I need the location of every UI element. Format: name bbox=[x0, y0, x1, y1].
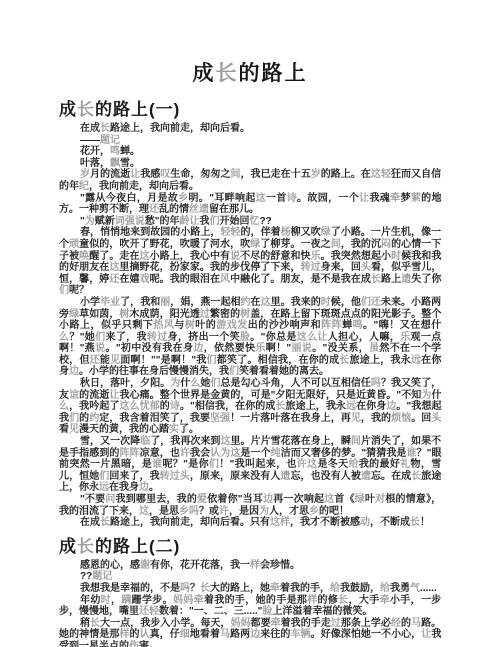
paragraph: 岁月的流逝让我感叹生命，匆匆之间，我已走在十五岁的路上。在这轻狂而又自信的年纪，… bbox=[59, 169, 441, 192]
paragraph: 秋日，落叶，夕阳。为什么她们总是勾心斗角，人不可以互相信任吗？我又笑了，友谊的流… bbox=[59, 378, 441, 436]
paragraph: 春，悄悄地来到故园的小路上，轻轻的，伴着杨柳又吹绿了小路。一片生机，像一个顽童似… bbox=[59, 227, 441, 297]
paragraph: 在成长路途上，我向前走，却向后看。只有这样，我才不断被感动，不断成长！ bbox=[59, 517, 441, 529]
epigraph: ——题记 bbox=[59, 135, 441, 147]
paragraph: 叶落，飘雪。 bbox=[59, 158, 441, 170]
paragraph: 在成长路途上，我向前走，却向后看。 bbox=[59, 123, 441, 135]
section-1: 成长的路上(一) 在成长路途上，我向前走，却向后看。 ——题记 花开，鸣蝉。 叶… bbox=[59, 95, 441, 529]
section-1-heading: 成长的路上(一) bbox=[59, 95, 441, 120]
section-2-heading: 成长的路上(二) bbox=[59, 532, 441, 557]
document-page: 成长的路上 成长的路上(一) 在成长路途上，我向前走，却向后看。 ——题记 花开… bbox=[0, 0, 500, 647]
paragraph: "不要问我到哪里去，我的爱依着你"当耳边再一次响起这首《绿叶对根的情意》，我的泪… bbox=[59, 494, 441, 517]
section-2: 成长的路上(二) 感恩的心，感谢有你，花开花落，我一样会珍惜。 ??题记 我想我… bbox=[59, 532, 441, 647]
page-title: 成长的路上 bbox=[59, 57, 441, 87]
paragraph: 花开，鸣蝉。 bbox=[59, 146, 441, 158]
paragraph: 我想我是幸福的，不是吗？长大的路上，她牵着我的手，给我鼓励，给我勇气...... bbox=[59, 583, 441, 595]
paragraph: 年幼时，蹒跚学步。妈妈牵着我的手，她的手是那样的修长，大手牵小手，一步步，慢慢地… bbox=[59, 595, 441, 618]
paragraph: 稍长大一点，我步入小学。每天，妈妈都要牵着我的手走过那条上学必经的马路。她的神情… bbox=[59, 618, 441, 647]
epigraph: ??题记 bbox=[59, 571, 441, 583]
paragraph: 雪，又一次降临了，我再次来到这里。片片雪花落在身上，瞬间片消失了，如果不是手指感… bbox=[59, 436, 441, 494]
paragraph: "露从今夜白，月是故乡明。"耳畔响起这一首诗。故园，一个让我魂牵梦萦的地方。一种… bbox=[59, 193, 441, 216]
paragraph: "为赋新词强说愁"的年龄让我们开始回忆?? bbox=[59, 216, 441, 228]
paragraph: 小学毕业了，我和丽，娟，燕一起相约在这里。我来的时候，他们还未来。小路两旁绿草如… bbox=[59, 297, 441, 378]
paragraph: 感恩的心，感谢有你，花开花落，我一样会珍惜。 bbox=[59, 560, 441, 572]
